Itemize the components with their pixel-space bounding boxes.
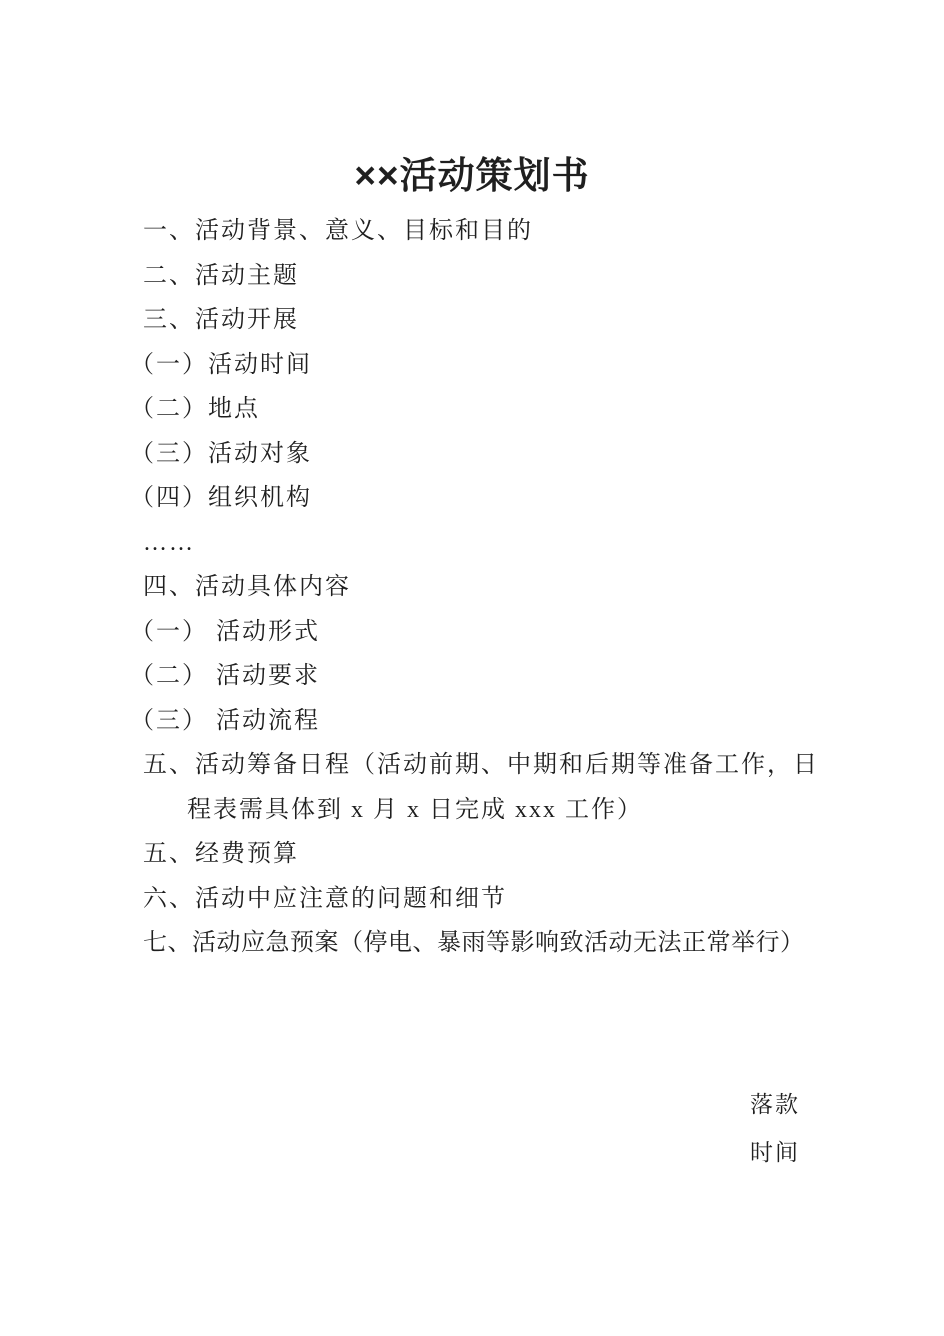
outline-item-4: 四、活动具体内容 [0,565,944,610]
outline-item-5b: 五、经费预算 [0,832,944,877]
outline-list: 一、活动背景、意义、目标和目的 二、活动主题 三、活动开展 （一）活动时间 （二… [0,209,944,966]
signature-date: 时间 [0,1129,800,1177]
outline-item-1: 一、活动背景、意义、目标和目的 [0,209,944,254]
outline-subitem-4-3: （三） 活动流程 [0,699,944,744]
ellipsis-line: …… [0,521,944,566]
document-page: ××活动策划书 一、活动背景、意义、目标和目的 二、活动主题 三、活动开展 （一… [0,0,944,1336]
document-title: ××活动策划书 [0,0,944,200]
outline-item-6: 六、活动中应注意的问题和细节 [0,877,944,922]
outline-subitem-4-2: （二） 活动要求 [0,654,944,699]
outline-item-5-continuation: 程表需具体到 x 月 x 日完成 xxx 工作） [0,788,944,833]
outline-subitem-4-1: （一） 活动形式 [0,610,944,655]
outline-subitem-3-4: （四）组织机构 [0,476,944,521]
outline-item-2: 二、活动主题 [0,254,944,299]
outline-item-7: 七、活动应急预案（停电、暴雨等影响致活动无法正常举行） [0,921,944,966]
outline-subitem-3-1: （一）活动时间 [0,343,944,388]
outline-item-5: 五、活动筹备日程（活动前期、中期和后期等准备工作，日 [0,743,944,788]
outline-subitem-3-2: （二）地点 [0,387,944,432]
outline-subitem-3-3: （三）活动对象 [0,432,944,477]
signature-block: 落款 时间 [0,1081,944,1177]
outline-item-3: 三、活动开展 [0,298,944,343]
signature-name: 落款 [0,1081,800,1129]
